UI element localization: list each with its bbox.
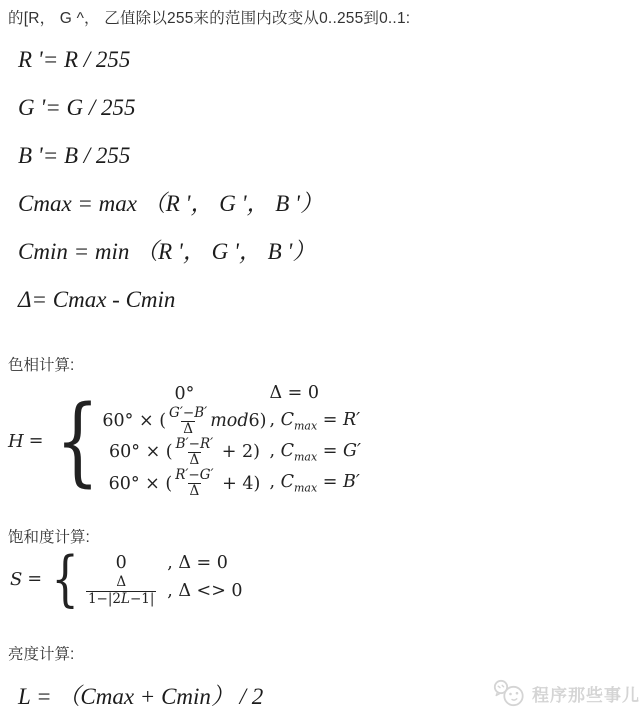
- saturation-cond-0: , Δ = 0: [167, 553, 228, 573]
- cond-fragment: =: [317, 441, 343, 461]
- denominator: Δ: [188, 483, 202, 499]
- fraction: Δ1−|2L−1|: [86, 575, 156, 606]
- saturation-equals: =: [27, 569, 42, 589]
- den-variable: L: [121, 591, 130, 607]
- hue-expr-0: 0°: [109, 384, 259, 404]
- cond-subscript: max: [294, 451, 317, 464]
- equation-cmin: Cmin = min （R '， G '， B '）: [18, 228, 323, 276]
- hue-equals: =: [29, 431, 44, 451]
- hue-case-row-2: 60° × (B′−R′Δ + 2) , Cmax = G′: [109, 437, 360, 468]
- equation-b-prime: B '= B / 255: [18, 132, 323, 180]
- cond-fragment: ,: [269, 472, 280, 492]
- saturation-lhs: S: [10, 569, 22, 590]
- numerator: G′−B′: [167, 406, 209, 421]
- expr-fragment-italic: mod: [210, 411, 248, 431]
- expr-fragment: + 4): [217, 474, 261, 494]
- hue-cond-0: Δ = 0: [269, 383, 319, 406]
- denominator: 1−|2L−1|: [86, 591, 156, 607]
- fraction: B′−R′Δ: [174, 437, 216, 468]
- left-brace: {: [51, 549, 78, 609]
- hue-expr-2: 60° × (B′−R′Δ + 2): [109, 437, 259, 468]
- cond-fragment: ,: [269, 441, 280, 461]
- saturation-formula: S = { 0 , Δ = 0 Δ1−|2L−1| , Δ <> 0: [10, 549, 243, 609]
- saturation-cond-1: , Δ <> 0: [167, 581, 242, 601]
- cond-subscript: max: [294, 482, 317, 495]
- intro-text: 的[R， G ^， 乙值除以255来的范围内改变从0..255到0..1:: [8, 6, 410, 28]
- section-label-hue: 色相计算:: [8, 353, 74, 375]
- cond-fragment: Δ = 0: [269, 383, 319, 403]
- cond-rhs: B′: [343, 472, 360, 492]
- equation-delta: Δ= Cmax - Cmin: [18, 276, 323, 324]
- hue-formula: H = { 0° Δ = 0 60° × (G′−B′Δmod6) , Cmax…: [8, 383, 361, 499]
- fraction: R′−G′Δ: [173, 468, 215, 499]
- cond-fragment: ,: [269, 410, 280, 430]
- equation-lightness: L = （Cmax + Cmin） / 2: [18, 678, 263, 711]
- watermark-text: 程序那些事儿: [532, 681, 639, 706]
- cond-variable: C: [281, 472, 294, 492]
- hue-case-row-3: 60° × (R′−G′Δ + 4) , Cmax = B′: [109, 468, 360, 499]
- equation-g-prime: G '= G / 255: [18, 84, 323, 132]
- basic-equations-block: R '= R / 255 G '= G / 255 B '= B / 255 C…: [18, 36, 323, 324]
- expr-fragment: 60° × (: [109, 442, 173, 462]
- page: { "page": { "background": "#ffffff", "te…: [0, 0, 639, 722]
- cond-rhs: R′: [343, 410, 360, 430]
- numerator: Δ: [114, 575, 128, 590]
- expr-fragment: 6): [249, 411, 267, 431]
- saturation-case-row-0: 0 , Δ = 0: [85, 551, 242, 575]
- cond-variable: C: [281, 410, 294, 430]
- mascot-logo-icon: [492, 678, 526, 708]
- equation-cmax: Cmax = max （R '， G '， B '）: [18, 180, 323, 228]
- cond-fragment: =: [317, 410, 343, 430]
- hue-cond-3: , Cmax = B′: [269, 472, 359, 495]
- numerator: B′−R′: [174, 437, 216, 452]
- cond-rhs: G′: [343, 441, 361, 461]
- expr-fragment: + 2): [216, 442, 260, 462]
- hue-cond-1: , Cmax = R′: [269, 410, 360, 433]
- saturation-expr-1: Δ1−|2L−1|: [85, 575, 157, 606]
- denominator: Δ: [188, 452, 202, 468]
- expr-fragment: 0: [116, 553, 127, 573]
- den-fragment: 1−|2: [88, 591, 121, 607]
- saturation-case-row-1: Δ1−|2L−1| , Δ <> 0: [85, 575, 242, 606]
- fraction: G′−B′Δ: [167, 406, 209, 437]
- hue-case-row-0: 0° Δ = 0: [109, 383, 360, 406]
- equation-r-prime: R '= R / 255: [18, 36, 323, 84]
- expr-fragment: 60° × (: [102, 411, 166, 431]
- hue-lhs: H: [8, 431, 24, 452]
- hue-case-row-1: 60° × (G′−B′Δmod6) , Cmax = R′: [109, 406, 360, 437]
- den-fragment: −1|: [130, 591, 154, 607]
- cond-subscript: max: [294, 419, 317, 432]
- hue-expr-3: 60° × (R′−G′Δ + 4): [109, 468, 259, 499]
- cond-variable: C: [281, 441, 294, 461]
- numerator: R′−G′: [173, 468, 215, 483]
- left-brace: {: [56, 393, 100, 489]
- expr-fragment: 60° × (: [109, 474, 173, 494]
- cond-fragment: =: [317, 472, 343, 492]
- hue-cases: 0° Δ = 0 60° × (G′−B′Δmod6) , Cmax = R′ …: [109, 383, 360, 499]
- expr-fragment: 0°: [175, 384, 195, 404]
- watermark: 程序那些事儿: [492, 678, 639, 708]
- saturation-cases: 0 , Δ = 0 Δ1−|2L−1| , Δ <> 0: [85, 551, 242, 606]
- section-label-lightness: 亮度计算:: [8, 642, 74, 664]
- saturation-expr-0: 0: [85, 553, 157, 573]
- denominator: Δ: [181, 421, 195, 437]
- hue-cond-2: , Cmax = G′: [269, 441, 360, 464]
- hue-expr-1: 60° × (G′−B′Δmod6): [109, 406, 259, 437]
